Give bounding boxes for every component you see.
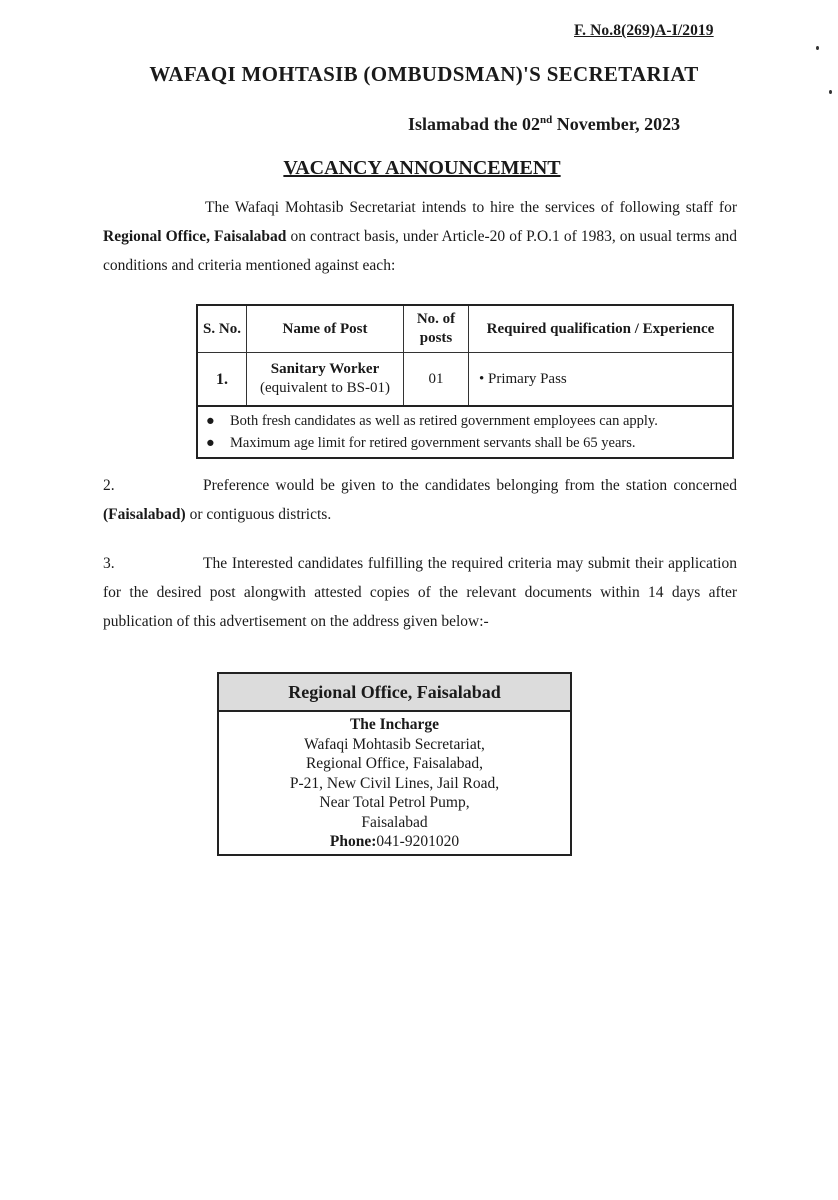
intro-paragraph: The Wafaqi Mohtasib Secretariat intends … (103, 193, 737, 280)
header-sno: S. No. (197, 305, 247, 353)
cell-qualification: • Primary Pass (469, 353, 734, 407)
address-box: Regional Office, Faisalabad The Incharge… (217, 672, 572, 856)
cell-post: Sanitary Worker (equivalent to BS-01) (247, 353, 404, 407)
address-line: Faisalabad (219, 813, 570, 833)
paragraph-2: 2.Preference would be given to the candi… (103, 471, 737, 529)
address-phone: Phone:041-9201020 (219, 832, 570, 852)
header-posts: No. of posts (404, 305, 469, 353)
bullet-icon: ● (206, 432, 230, 454)
organization-title: WAFAQI MOHTASIB (OMBUDSMAN)'S SECRETARIA… (0, 62, 838, 87)
post-name: Sanitary Worker (251, 360, 399, 379)
header-post: Name of Post (247, 305, 404, 353)
table-notes-row: ●Both fresh candidates as well as retire… (197, 406, 733, 458)
file-number: F. No.8(269)A-I/2019 (574, 22, 714, 40)
header-qualification: Required qualification / Experience (469, 305, 734, 353)
cell-posts: 01 (404, 353, 469, 407)
page-heading: VACANCY ANNOUNCEMENT (0, 157, 838, 180)
table-header-row: S. No. Name of Post No. of posts Require… (197, 305, 733, 353)
address-line: Regional Office, Faisalabad, (219, 754, 570, 774)
issue-date: Islamabad the 02nd November, 2023 (408, 114, 680, 135)
address-line: P-21, New Civil Lines, Jail Road, (219, 774, 570, 794)
cell-sno: 1. (197, 353, 247, 407)
address-line: Near Total Petrol Pump, (219, 793, 570, 813)
post-grade: (equivalent to BS-01) (251, 379, 399, 398)
vacancy-table: S. No. Name of Post No. of posts Require… (196, 304, 734, 459)
address-title: The Incharge (219, 715, 570, 735)
notes-cell: ●Both fresh candidates as well as retire… (197, 406, 733, 458)
address-line: Wafaqi Mohtasib Secretariat, (219, 735, 570, 755)
scan-speck (829, 90, 832, 94)
note-item: ●Maximum age limit for retired governmen… (206, 432, 724, 454)
bullet-icon: ● (206, 410, 230, 432)
address-header: Regional Office, Faisalabad (219, 674, 570, 712)
note-item: ●Both fresh candidates as well as retire… (206, 410, 724, 432)
scan-speck (816, 46, 819, 50)
paragraph-3: 3.The Interested candidates fulfilling t… (103, 549, 737, 636)
address-body: The Incharge Wafaqi Mohtasib Secretariat… (219, 712, 570, 854)
table-row: 1. Sanitary Worker (equivalent to BS-01)… (197, 353, 733, 407)
